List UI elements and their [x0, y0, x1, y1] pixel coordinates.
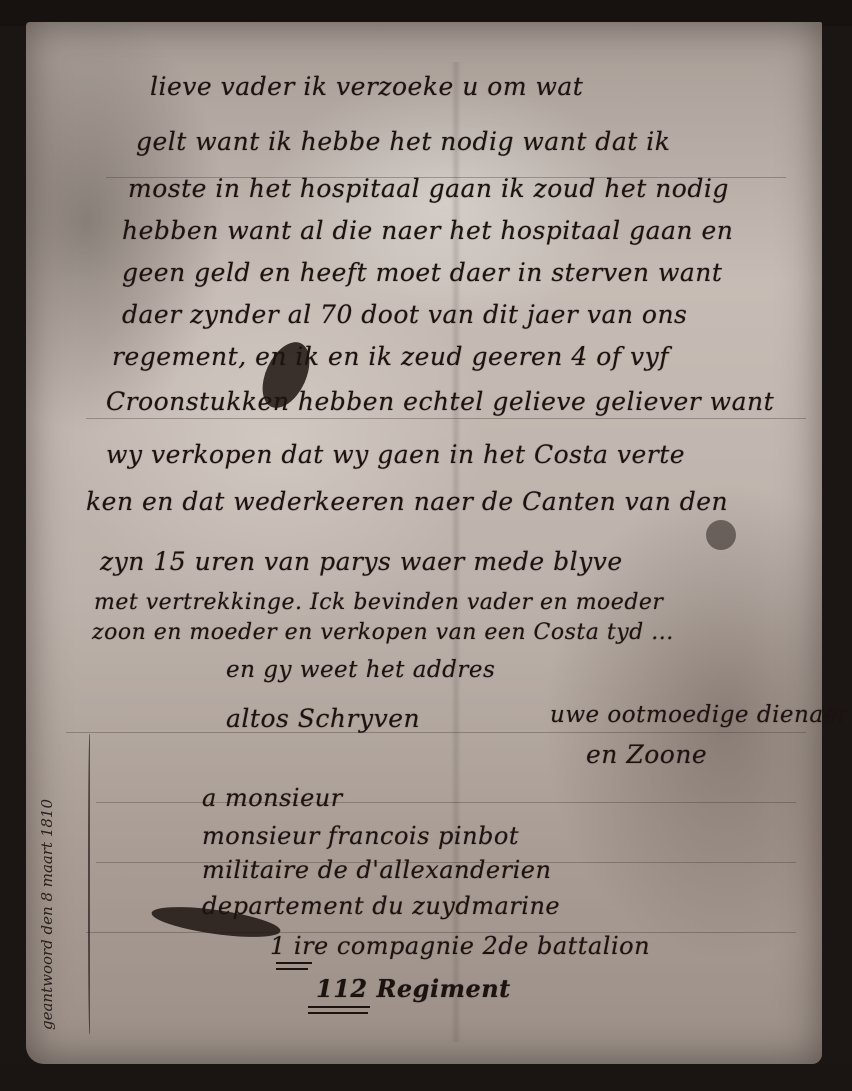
letter-sheet: lieve vader ik verzoeke u om wat gelt wa… — [26, 22, 822, 1064]
margin-note: geantwoord den 8 maart 1810 — [38, 799, 56, 1030]
letter-line-11: zyn 15 uren van parys waer mede blyve — [100, 547, 623, 576]
photo-border-bottom — [0, 1064, 852, 1091]
letter-line-4: hebben want al die naer het hospitaal ga… — [122, 216, 733, 245]
address-line-4: departement du zuydmarine — [202, 892, 560, 920]
closing-left: altos Schryven — [226, 704, 420, 733]
closing-signature-line-2: en Zoone — [586, 740, 707, 769]
bleed-through — [96, 802, 796, 803]
bleed-through — [86, 418, 806, 419]
letter-line-5: geen geld en heeft moet daer in sterven … — [122, 258, 722, 287]
address-line-6: 112 Regiment — [316, 974, 511, 1003]
bleed-through — [66, 732, 806, 733]
underline — [308, 1006, 370, 1008]
letter-line-6: daer zynder al 70 doot van dit jaer van … — [122, 300, 687, 329]
letter-line-10: ken en dat wederkeeren naer de Canten va… — [86, 487, 728, 516]
letter-line-12: met vertrekkinge. Ick bevinden vader en … — [94, 590, 663, 615]
margin-flourish — [88, 734, 92, 1034]
letter-line-14: en gy weet het addres — [226, 657, 495, 683]
address-line-5: 1 ire compagnie 2de battalion — [270, 932, 650, 960]
letter-line-9: wy verkopen dat wy gaen in het Costa ver… — [106, 440, 685, 469]
underline — [308, 1012, 368, 1014]
ink-blot — [706, 520, 736, 550]
underline — [276, 962, 312, 964]
letter-line-2: gelt want ik hebbe het nodig want dat ik — [136, 127, 670, 156]
letter-line-3: moste in het hospitaal gaan ik zoud het … — [128, 174, 729, 203]
address-line-1: a monsieur — [202, 784, 343, 812]
letter-line-8: Croonstukken hebben echtel gelieve gelie… — [106, 387, 774, 416]
address-line-2: monsieur francois pinbot — [202, 822, 519, 850]
letter-line-1: lieve vader ik verzoeke u om wat — [150, 72, 583, 101]
letter-line-13: zoon en moeder en verkopen van een Costa… — [92, 620, 674, 645]
closing-signature-line-1: uwe ootmoedige dienaer — [550, 702, 849, 728]
underline — [276, 968, 308, 970]
letter-line-7: regement, en ik en ik zeud geeren 4 of v… — [112, 342, 669, 371]
address-line-3: militaire de d'allexanderien — [202, 856, 551, 884]
